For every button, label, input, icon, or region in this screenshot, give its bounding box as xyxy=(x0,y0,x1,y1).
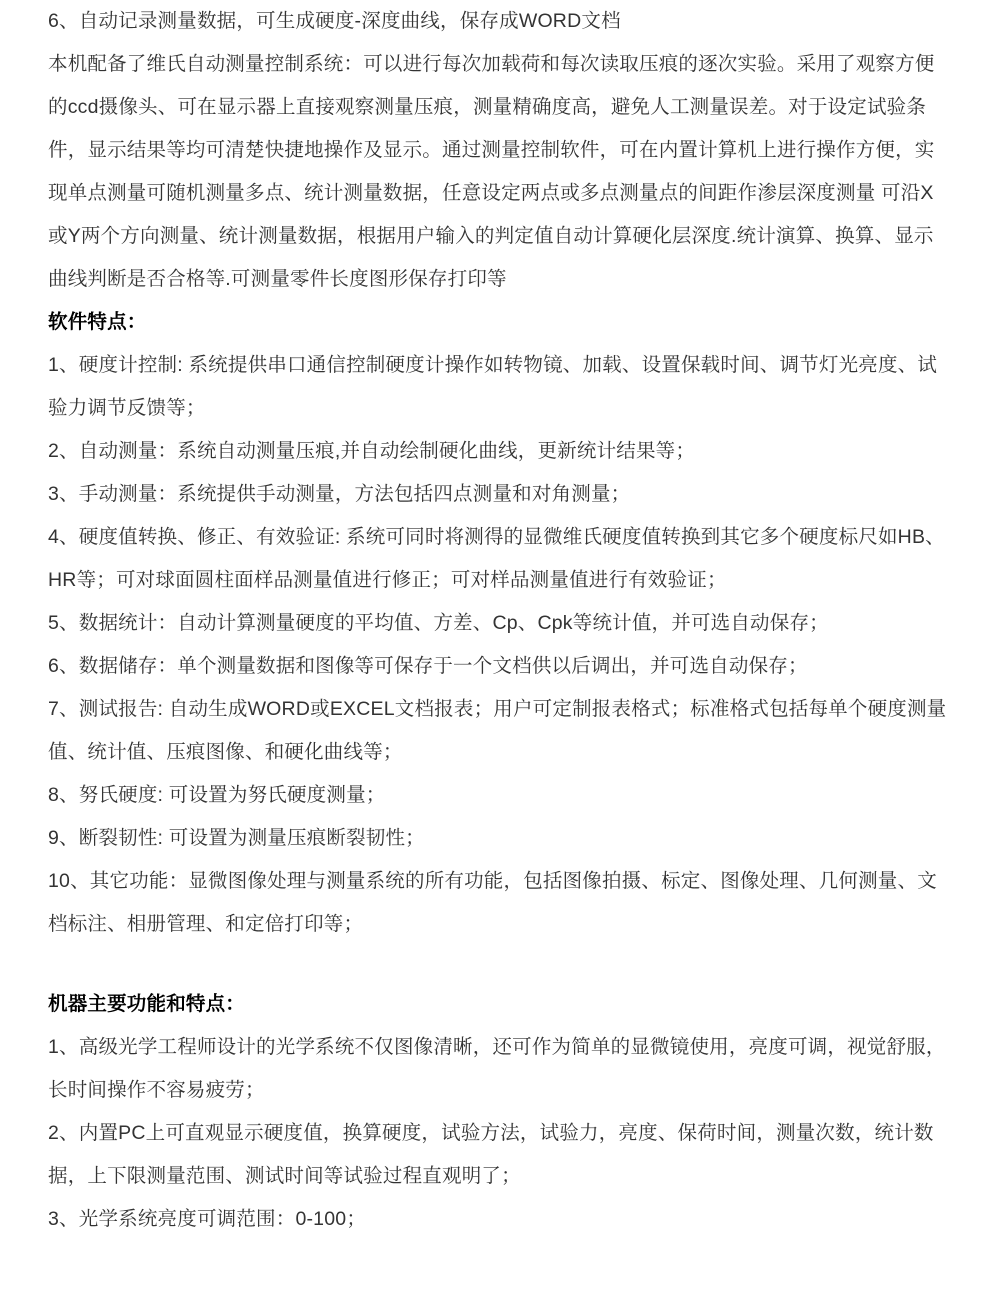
machine-feature-item-2: 2、内置PC上可直观显示硬度值，换算硬度，试验方法，试验力，亮度、保荷时间，测量… xyxy=(48,1112,952,1198)
software-feature-item-7: 7、测试报告: 自动生成WORD或EXCEL文档报表；用户可定制报表格式；标准格… xyxy=(48,688,952,774)
machine-feature-item-1: 1、高级光学工程师设计的光学系统不仅图像清晰，还可作为简单的显微镜使用，亮度可调… xyxy=(48,1026,952,1112)
intro-paragraph: 本机配备了维氏自动测量控制系统：可以进行每次加载荷和每次读取压痕的逐次实验。采用… xyxy=(48,43,952,301)
software-features-heading: 软件特点： xyxy=(48,301,952,344)
machine-feature-item-3: 3、光学系统亮度可调范围：0-100； xyxy=(48,1198,952,1241)
software-feature-item-8: 8、努氏硬度: 可设置为努氏硬度测量； xyxy=(48,774,952,817)
software-feature-item-4: 4、硬度值转换、修正、有效验证: 系统可同时将测得的显微维氏硬度值转换到其它多个… xyxy=(48,516,952,602)
software-feature-item-3: 3、手动测量：系统提供手动测量，方法包括四点测量和对角测量； xyxy=(48,473,952,516)
software-feature-item-1: 1、硬度计控制: 系统提供串口通信控制硬度计操作如转物镜、加载、设置保载时间、调… xyxy=(48,344,952,430)
clipped-feature-line: 6、自动记录测量数据，可生成硬度-深度曲线，保存成WORD文档 xyxy=(48,0,952,43)
software-feature-item-9: 9、断裂韧性: 可设置为测量压痕断裂韧性； xyxy=(48,817,952,860)
software-feature-item-10: 10、其它功能：显微图像处理与测量系统的所有功能，包括图像拍摄、标定、图像处理、… xyxy=(48,860,952,946)
software-features-list: 1、硬度计控制: 系统提供串口通信控制硬度计操作如转物镜、加载、设置保载时间、调… xyxy=(48,344,952,946)
machine-features-heading: 机器主要功能和特点： xyxy=(48,983,952,1026)
machine-features-list: 1、高级光学工程师设计的光学系统不仅图像清晰，还可作为简单的显微镜使用，亮度可调… xyxy=(48,1026,952,1241)
product-description-page: 6、自动记录测量数据，可生成硬度-深度曲线，保存成WORD文档 本机配备了维氏自… xyxy=(0,0,1000,1241)
software-feature-item-5: 5、数据统计：自动计算测量硬度的平均值、方差、Cp、Cpk等统计值，并可选自动保… xyxy=(48,602,952,645)
software-feature-item-6: 6、数据储存：单个测量数据和图像等可保存于一个文档供以后调出，并可选自动保存； xyxy=(48,645,952,688)
software-feature-item-2: 2、自动测量：系统自动测量压痕,并自动绘制硬化曲线，更新统计结果等； xyxy=(48,430,952,473)
